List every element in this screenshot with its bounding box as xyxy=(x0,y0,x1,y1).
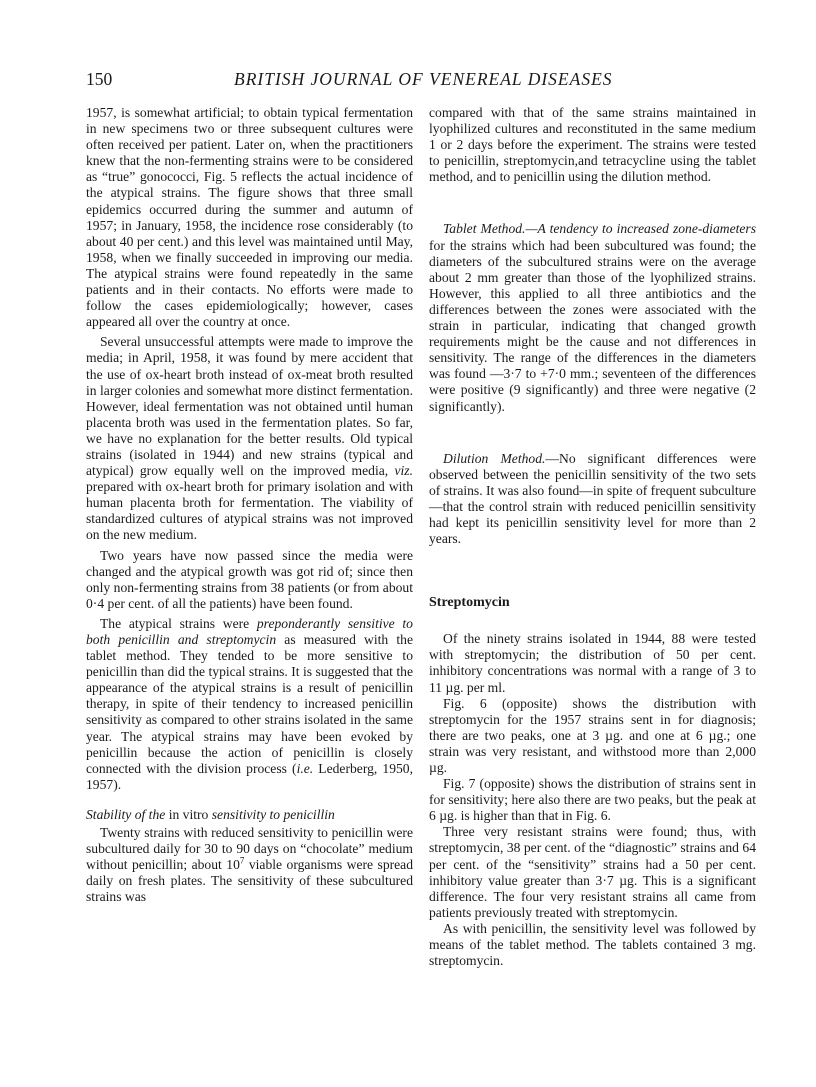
paragraph-text: Fig. 6 (opposite) shows the distribution… xyxy=(429,696,756,775)
paragraph: Dilution Method.—No significant differen… xyxy=(429,451,756,548)
paragraph: Fig. 7 (opposite) shows the distribution… xyxy=(429,776,756,824)
right-column: compared with that of the same strains m… xyxy=(429,105,756,969)
running-header: 150 BRITISH JOURNAL OF VENEREAL DISEASES xyxy=(86,69,756,93)
paragraph-text: for the strains which had been subcultur… xyxy=(429,238,756,414)
paragraph-text: Of the ninety strains isolated in 1944, … xyxy=(429,631,756,694)
paragraph: Two years have now passed since the medi… xyxy=(86,548,413,612)
paragraph-text: Three very resistant strains were found;… xyxy=(429,824,756,919)
paragraph-text: As with penicillin, the sensitivity leve… xyxy=(429,921,756,968)
paragraph-text: The atypical strains were xyxy=(100,616,249,631)
paragraph: The atypical strains were preponderantly… xyxy=(86,616,413,793)
paragraph: Tablet Method.—A tendency to increased z… xyxy=(429,221,756,414)
left-column: 1957, is somewhat artificial; to obtain … xyxy=(86,105,413,906)
paragraph: compared with that of the same strains m… xyxy=(429,105,756,185)
section-heading: Streptomycin xyxy=(429,595,756,611)
paragraph-text: compared with that of the same strains m… xyxy=(429,105,756,184)
heading-part: Stability of the xyxy=(86,807,165,822)
paragraph-text: Fig. 7 (opposite) shows the distribution… xyxy=(429,776,756,823)
paragraph: As with penicillin, the sensitivity leve… xyxy=(429,921,756,969)
journal-title: BRITISH JOURNAL OF VENEREAL DISEASES xyxy=(234,69,613,90)
paragraph-text: 1957, is somewhat artificial; to obtain … xyxy=(86,105,413,329)
italic-text: i.e. xyxy=(297,761,314,776)
paragraph: Of the ninety strains isolated in 1944, … xyxy=(429,631,756,695)
paragraph-text: prepared with ox-heart broth for primary… xyxy=(86,479,413,542)
heading-part: in vitro xyxy=(169,807,209,822)
paragraph: 1957, is somewhat artificial; to obtain … xyxy=(86,105,413,330)
page-number: 150 xyxy=(86,69,112,90)
paragraph: Three very resistant strains were found;… xyxy=(429,824,756,921)
paragraph: Twenty strains with reduced sensitivity … xyxy=(86,825,413,905)
italic-text: viz. xyxy=(395,463,414,478)
paragraph-text: Two years have now passed since the medi… xyxy=(86,548,413,611)
superscript: 7 xyxy=(240,856,245,866)
paragraph-text: as measured with the tablet method. They… xyxy=(86,632,413,776)
italic-text: Tablet Method.—A tendency to increased z… xyxy=(443,221,756,236)
subsection-heading: Stability of the in vitro sensitivity to… xyxy=(86,807,413,823)
paragraph-text: Several unsuccessful attempts were made … xyxy=(86,334,413,478)
italic-text: Dilution Method. xyxy=(443,451,545,466)
paragraph: Fig. 6 (opposite) shows the distribution… xyxy=(429,696,756,776)
heading-part: sensitivity to penicillin xyxy=(212,807,335,822)
paragraph: Several unsuccessful attempts were made … xyxy=(86,334,413,543)
